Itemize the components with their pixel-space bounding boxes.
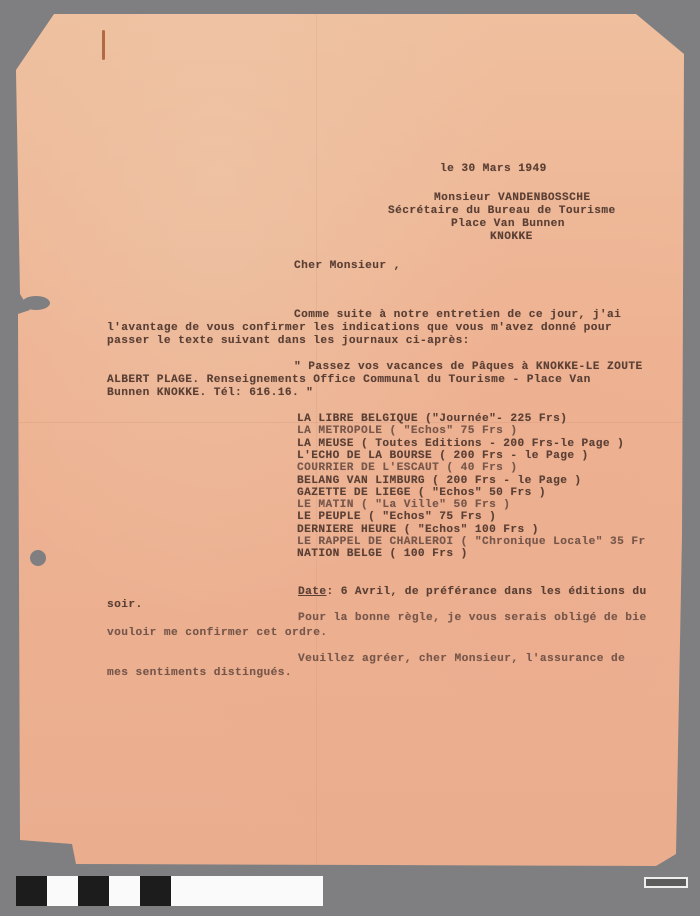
newspaper-entry: LA METROPOLE ( "Echos" 75 Frs ) [297,425,518,437]
intro-line-3: passer le texte suivant dans les journau… [107,335,470,347]
newspaper-entry: BELANG VAN LIMBURG ( 200 Frs - le Page ) [297,475,582,487]
rust-stain [102,30,105,60]
quoted-line-2: ALBERT PLAGE. Renseignements Office Comm… [107,374,591,386]
scale-block-black [78,876,109,906]
closing-line-2: mes sentiments distingués. [107,667,292,679]
intro-line-1: Comme suite à notre entretien de ce jour… [294,309,621,321]
torn-hole [22,296,50,310]
recipient-name: Monsieur VANDENBOSSCHE [434,192,591,204]
newspaper-entry: DERNIERE HEURE ( "Echos" 100 Frs ) [297,524,539,536]
request-line-1: Pour la bonne règle, je vous serais obli… [298,612,647,624]
newspaper-entry: LA LIBRE BELGIQUE ("Journée"- 225 Frs) [297,413,567,425]
punch-hole [30,550,46,566]
scale-ruler [644,877,688,888]
salutation: Cher Monsieur , [294,260,401,272]
newspaper-entry: L'ECHO DE LA BOURSE ( 200 Frs - le Page … [297,450,589,462]
quoted-line-3: Bunnen KNOKKE. Tél: 616.16. " [107,387,313,399]
newspaper-entry: GAZETTE DE LIEGE ( "Echos" 50 Frs ) [297,487,546,499]
date-continuation: soir. [107,599,143,611]
recipient-address: Place Van Bunnen [451,218,565,230]
scale-block-white [109,876,140,906]
date-label: Date [298,586,326,598]
recipient-city: KNOKKE [490,231,533,243]
newspaper-entry: LE RAPPEL DE CHARLEROI ( "Chronique Loca… [297,536,646,548]
letter-date: le 30 Mars 1949 [440,163,547,175]
intro-line-2: l'avantage de vous confirmer les indicat… [107,322,612,334]
closing-line-1: Veuillez agréer, cher Monsieur, l'assura… [298,653,625,665]
scale-block-black [16,876,47,906]
recipient-title: Sécrétaire du Bureau de Tourisme [388,205,616,217]
newspaper-entry: NATION BELGE ( 100 Frs ) [297,548,468,560]
newspaper-entry: LE PEUPLE ( "Echos" 75 Frs ) [297,511,496,523]
scale-block-black [140,876,171,906]
scale-colorbar [16,876,323,906]
newspaper-entry: LA MEUSE ( Toutes Editions - 200 Frs-le … [297,438,624,450]
newspaper-entry: LE MATIN ( "La Ville" 50 Frs ) [297,499,510,511]
scale-block-white-long [171,876,323,906]
scale-block-white [47,876,78,906]
quoted-line-1: " Passez vos vacances de Pâques à KNOKKE… [294,361,643,373]
newspaper-entry: COURRIER DE L'ESCAUT ( 40 Frs ) [297,462,518,474]
date-paragraph: Date: 6 Avril, de préférance dans les éd… [298,586,647,598]
date-text: : 6 Avril, de préférance dans les éditio… [326,586,646,598]
request-line-2: vouloir me confirmer cet ordre. [107,627,328,639]
